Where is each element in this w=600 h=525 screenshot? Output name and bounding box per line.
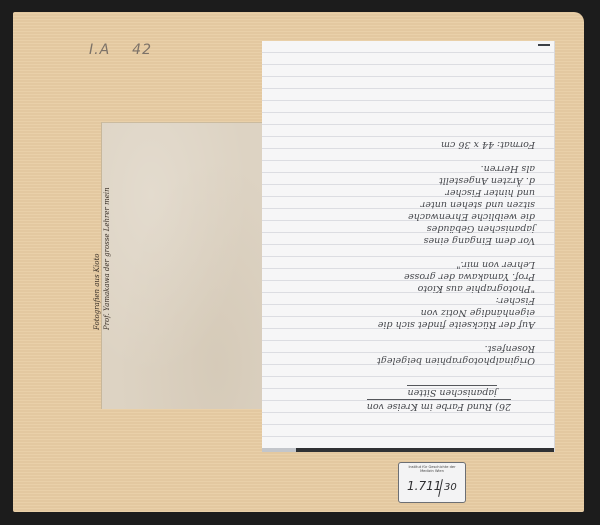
sheet-line: Lehrer von mir.": [456, 259, 535, 270]
label-signature: 1.711: [407, 479, 441, 493]
sheet-line: Prof. Yamakawa der grosse: [404, 271, 535, 282]
sheet-line: 26) Rund Farbe im Kreise von: [367, 399, 511, 412]
envelope-note-line: Prof. Yamakawa der grosse Lehrer mein: [102, 187, 112, 330]
label-institution: Institut für Geschichte der Medizin Wien: [401, 465, 463, 474]
sheet-line: Originalphotographien beigelegt: [377, 355, 535, 366]
sheet-line: Vor dem Eingang eines: [424, 235, 535, 246]
handwriting-upside-down: 26) Rund Farbe im Kreise von japanischen…: [262, 41, 555, 452]
sheet-line: als Herren.: [481, 163, 535, 174]
shelfmark: I.A42: [89, 42, 152, 58]
sheet-line: und hinter Fischer: [445, 187, 535, 198]
scan-edge-bar: [262, 448, 554, 452]
sheet-line: die weibliche Ehrenwache: [408, 211, 535, 222]
handwritten-sheet: 26) Rund Farbe im Kreise von japanischen…: [262, 41, 555, 452]
sheet-line: Rosenfest.: [485, 343, 535, 354]
shelfmark-number: 42: [132, 42, 152, 58]
sheet-line: eigenhändige Notiz von: [421, 307, 535, 318]
sheet-line: japanischen Sitten: [407, 385, 497, 398]
sheet-line: Auf der Rückseite findet sich die: [378, 319, 535, 330]
glassine-envelope: [101, 122, 266, 409]
sheet-line: sitzen und stehen unter: [421, 199, 535, 210]
label-sub-number: 30: [444, 482, 457, 493]
sheet-line: Format: 44 x 36 cm: [441, 139, 535, 150]
shelfmark-prefix: I.A: [89, 42, 110, 58]
scan-edge-light: [262, 448, 296, 452]
sheet-line: japanischen Gebäudes: [427, 223, 535, 234]
archive-label: Institut für Geschichte der Medizin Wien…: [398, 462, 466, 503]
sheet-line: d. Ärzten Angestellt: [439, 175, 535, 186]
sheet-line: "Photographie aus Kioto: [418, 283, 535, 294]
sheet-line: Fischer:: [496, 295, 535, 306]
envelope-handwritten-note: Fotografien aus Kioto Prof. Yamakawa der…: [92, 187, 112, 330]
envelope-note-line: Fotografien aus Kioto: [92, 187, 102, 330]
